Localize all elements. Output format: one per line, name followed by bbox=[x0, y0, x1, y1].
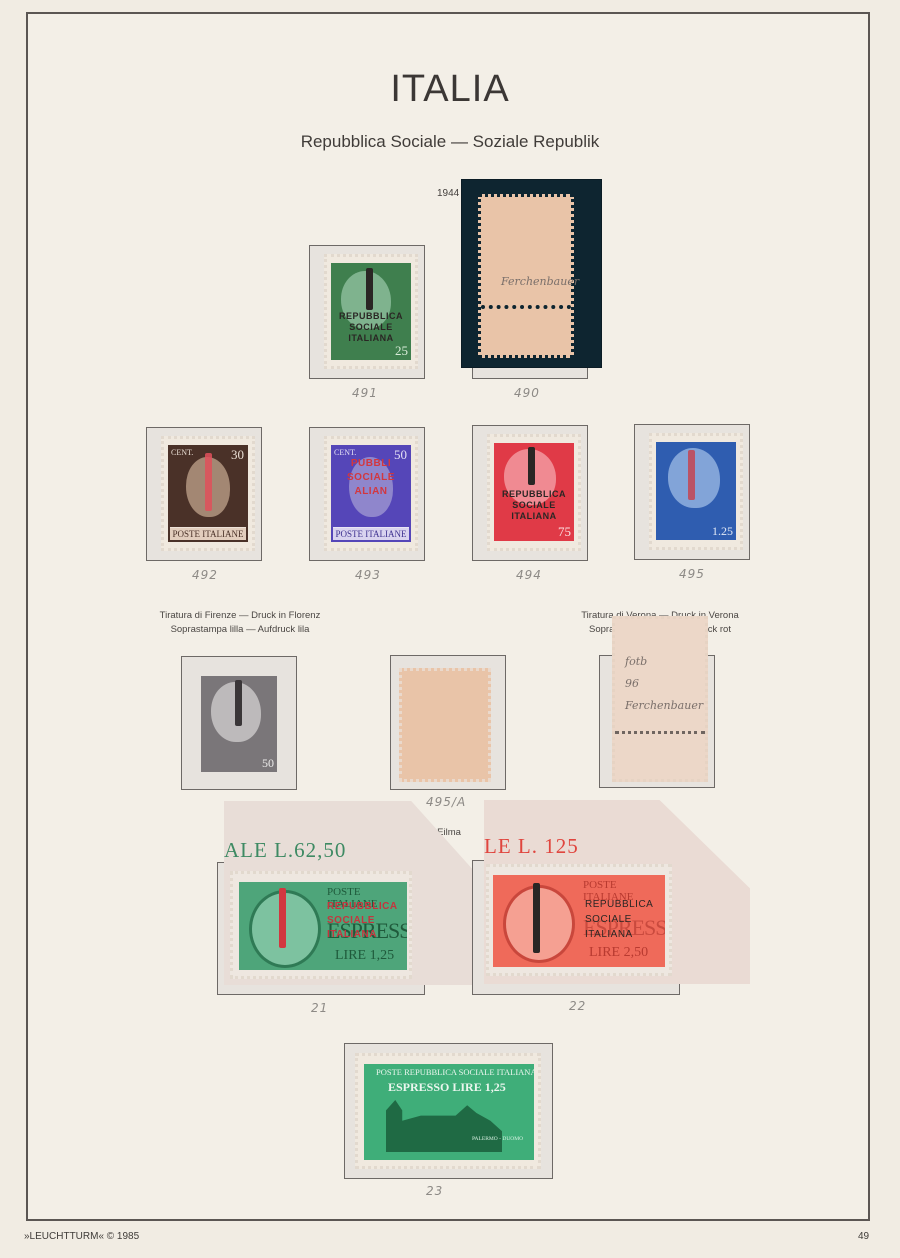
stamp-495[interactable]: 1.25 bbox=[649, 433, 743, 550]
overprint-text: REPUBBLICASOCIALEITALIANA bbox=[327, 900, 407, 942]
cathedral-illustration bbox=[386, 1100, 502, 1152]
stamp-494[interactable]: REPUBBLICASOCIALEITALIANA 75 bbox=[487, 434, 581, 551]
page-number: 49 bbox=[858, 1231, 869, 1242]
fascio-overprint-icon bbox=[688, 450, 695, 500]
perforation-line bbox=[481, 305, 571, 309]
stamp-verona-back[interactable]: fotb96Ferchenbauer bbox=[612, 616, 708, 782]
stamp-mount-23[interactable]: POSTE REPUBBLICA SOCIALE ITALIANA ESPRES… bbox=[344, 1043, 553, 1179]
stamp-495a-back[interactable] bbox=[399, 668, 491, 782]
sheet-margin-text: LE L. 125 bbox=[484, 834, 579, 859]
sheet-margin-text: ALE L.62,50 bbox=[224, 838, 346, 863]
stamp-mount-495a[interactable] bbox=[390, 655, 506, 790]
stamp-23-design: POSTE REPUBBLICA SOCIALE ITALIANA ESPRES… bbox=[364, 1064, 534, 1160]
stamp-491-design: REPUBBLICASOCIALEITALIANA 25 bbox=[331, 263, 411, 360]
catalog-number: 491 bbox=[352, 386, 378, 400]
florence-caption: Tiratura di Firenze — Druck in Florenz S… bbox=[140, 609, 340, 637]
stamp-mount-493[interactable]: PUBBLISOCIALEALIAN CENT. 50 POSTE ITALIA… bbox=[309, 427, 425, 561]
pencil-notes: fotb96Ferchenbauer bbox=[625, 651, 703, 717]
stamp-495-design: 1.25 bbox=[656, 442, 736, 540]
stamp-492-design: CENT. 30 POSTE ITALIANE bbox=[168, 445, 248, 542]
catalog-number: 22 bbox=[569, 999, 586, 1013]
year-label: 1944 bbox=[437, 188, 459, 199]
stamp-mount-495[interactable]: 1.25 bbox=[634, 424, 750, 560]
stamp-493-design: PUBBLISOCIALEALIAN CENT. 50 POSTE ITALIA… bbox=[331, 445, 411, 542]
catalog-number: 495/A bbox=[426, 795, 466, 809]
stamp-22-design: POSTE ITALIANE ESPRESSO REPUBBLICASOCIAL… bbox=[493, 875, 665, 967]
fascio-overprint-icon bbox=[533, 883, 540, 953]
overprint-text: REPUBBLICASOCIALEITALIANA bbox=[585, 897, 665, 942]
fascio-overprint-icon bbox=[235, 680, 242, 726]
stamp-490-back[interactable]: Ferchenbauer bbox=[478, 194, 574, 358]
overprint-text: REPUBBLICASOCIALEITALIANA bbox=[494, 489, 574, 522]
stamp-grey-imperf[interactable]: 50 bbox=[201, 676, 277, 772]
page-title: ITALIA bbox=[0, 68, 900, 111]
overprint-text: PUBBLISOCIALEALIAN bbox=[331, 457, 411, 499]
fascio-overprint-icon bbox=[366, 268, 373, 310]
stamp-mount-494[interactable]: REPUBBLICASOCIALEITALIANA 75 bbox=[472, 425, 588, 561]
stamp-491[interactable]: REPUBBLICASOCIALEITALIANA 25 bbox=[324, 254, 418, 369]
publisher-footer: »LEUCHTTURM« © 1985 bbox=[24, 1231, 139, 1242]
fascio-overprint-icon bbox=[205, 453, 212, 511]
expertizer-signature: Ferchenbauer bbox=[501, 275, 579, 288]
stamp-mount-grey[interactable]: 50 bbox=[181, 656, 297, 790]
catalog-number: 23 bbox=[426, 1184, 443, 1198]
catalog-number: 492 bbox=[192, 568, 218, 582]
stamp-21-design: POSTE ITALIANE ESPRESSO REPUBBLICASOCIAL… bbox=[239, 882, 407, 970]
stamp-23[interactable]: POSTE REPUBBLICA SOCIALE ITALIANA ESPRES… bbox=[355, 1053, 541, 1169]
stamp-493[interactable]: PUBBLISOCIALEALIAN CENT. 50 POSTE ITALIA… bbox=[324, 436, 418, 551]
catalog-number: 490 bbox=[514, 386, 540, 400]
stamp-21[interactable]: POSTE ITALIANE ESPRESSO REPUBBLICASOCIAL… bbox=[230, 871, 412, 979]
catalog-number: 494 bbox=[516, 568, 542, 582]
catalog-number: 21 bbox=[311, 1001, 328, 1015]
stamp-492[interactable]: CENT. 30 POSTE ITALIANE bbox=[161, 436, 255, 551]
catalog-number: 493 bbox=[355, 568, 381, 582]
stamp-22[interactable]: POSTE ITALIANE ESPRESSO REPUBBLICASOCIAL… bbox=[486, 864, 672, 976]
stamp-mount-491[interactable]: REPUBBLICASOCIALEITALIANA 25 bbox=[309, 245, 425, 379]
stamp-mount-492[interactable]: CENT. 30 POSTE ITALIANE bbox=[146, 427, 262, 561]
overprint-text: REPUBBLICASOCIALEITALIANA bbox=[331, 311, 411, 344]
page-subtitle: Repubblica Sociale — Soziale Republik bbox=[0, 132, 900, 152]
stamp-mount-490-dark[interactable]: Ferchenbauer bbox=[461, 179, 602, 368]
catalog-number: 495 bbox=[679, 567, 705, 581]
fascio-overprint-icon bbox=[528, 447, 535, 485]
perforation-line bbox=[615, 731, 705, 734]
stamp-494-design: REPUBBLICASOCIALEITALIANA 75 bbox=[494, 443, 574, 541]
fascio-overprint-icon bbox=[279, 888, 286, 948]
